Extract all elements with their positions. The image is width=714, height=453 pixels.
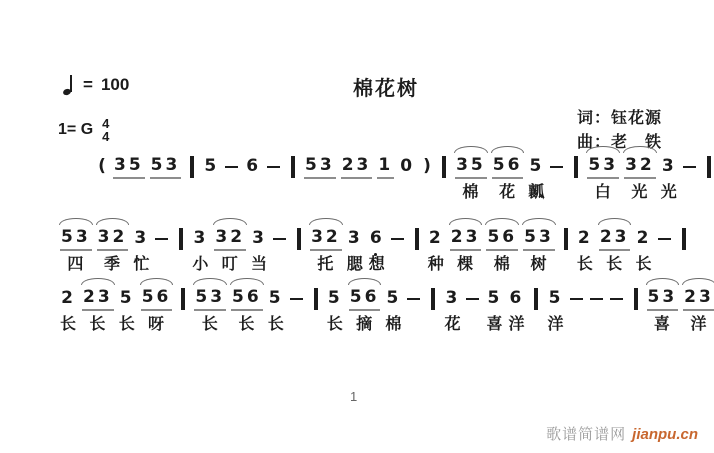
- tempo-equals: =: [83, 75, 93, 95]
- lyric-syllable: 花: [499, 183, 516, 203]
- lyric-syllable: 忙: [133, 255, 150, 275]
- barline: [175, 218, 187, 274]
- dash-duration-mark: [225, 146, 240, 203]
- lyric-syllable: 摘: [356, 315, 373, 335]
- lyric-syllable: 长: [119, 315, 136, 335]
- note-cell: 56花: [492, 146, 524, 203]
- note-cell: 3光: [661, 146, 678, 203]
- barline: [287, 146, 299, 202]
- lyric-syllable: 长: [60, 315, 77, 335]
- note-cell: 53长: [194, 278, 226, 335]
- slur-arc: [682, 278, 714, 285]
- slur-arc: [623, 146, 657, 153]
- note-cell: 3小: [192, 218, 209, 275]
- slur-arc: [140, 278, 174, 285]
- lyric-syllable: 想: [369, 255, 386, 275]
- tempo-value: 100: [101, 75, 129, 95]
- dash-duration-mark: [290, 278, 305, 335]
- note-cell: 3花: [444, 278, 461, 335]
- barline: [530, 278, 542, 334]
- lyric-syllable: 光: [661, 183, 678, 203]
- lyric-syllable: 长: [238, 315, 255, 335]
- dash-duration-mark: [610, 278, 625, 335]
- barline: [560, 218, 572, 274]
- barline: [703, 146, 714, 202]
- lyric-syllable: 洋: [508, 315, 525, 335]
- note-cell: 32光: [624, 146, 656, 203]
- note-cell: 6想: [369, 218, 386, 275]
- note-cell: 6: [245, 146, 262, 203]
- note-cell: 53树: [523, 218, 555, 275]
- slur-arc: [646, 278, 680, 285]
- note-cell: 35棉: [455, 146, 487, 203]
- lyric-syllable: 长: [268, 315, 285, 335]
- dash-duration-mark: [570, 278, 585, 335]
- note-cell: 2长: [60, 278, 77, 335]
- note-cell: 23: [341, 146, 373, 203]
- lyric-syllable: 长: [202, 315, 219, 335]
- lyric-syllable: 树: [530, 255, 547, 275]
- lyric-syllable: 长: [577, 255, 594, 275]
- note-cell: 5瓤: [528, 146, 545, 203]
- slur-arc: [348, 278, 382, 285]
- slur-arc: [230, 278, 264, 285]
- note-cell: 2长: [635, 218, 652, 275]
- barline: [293, 218, 305, 274]
- time-signature: 4 4: [102, 117, 109, 143]
- slur-arc: [193, 278, 227, 285]
- note-cell: 56呀: [141, 278, 173, 335]
- note-cell: 5长: [119, 278, 136, 335]
- watermark-site-name: 歌谱简谱网: [546, 423, 626, 444]
- dash-duration-mark: [683, 146, 698, 203]
- barline: [630, 278, 642, 334]
- note-cell: 3忙: [133, 218, 150, 275]
- note-cell: 32叮: [214, 218, 246, 275]
- dash-duration-mark: [407, 278, 422, 335]
- note-cell: 23长: [599, 218, 631, 275]
- note-cell: 5长: [268, 278, 285, 335]
- note-cell: 3腮: [347, 218, 364, 275]
- dash-duration-mark: [658, 218, 673, 275]
- note-cell: 23棵: [450, 218, 482, 275]
- lyric-syllable: 光: [631, 183, 648, 203]
- slur-arc: [309, 218, 343, 225]
- barline: [411, 218, 423, 274]
- lyric-syllable: 腮: [347, 255, 364, 275]
- lyric-syllable: 托: [317, 255, 334, 275]
- lyric-syllable: 长: [89, 315, 106, 335]
- score-parenthesis: ): [421, 146, 433, 203]
- dash-duration-mark: [391, 218, 406, 275]
- slur-arc: [96, 218, 130, 225]
- barline: [310, 278, 322, 334]
- slur-arc: [59, 218, 93, 225]
- lyricist-credit: 词：钰花源: [577, 105, 662, 128]
- quarter-note-icon: [63, 74, 75, 96]
- note-cell: 3当: [251, 218, 268, 275]
- lyric-syllable: 长: [327, 315, 344, 335]
- lyric-syllable: 洋: [547, 315, 564, 335]
- note-cell: 1: [377, 146, 394, 203]
- note-cell: 5长: [327, 278, 344, 335]
- slur-arc: [491, 146, 525, 153]
- lyric-syllable: 小: [192, 255, 209, 275]
- lyric-syllable: 四: [67, 255, 84, 275]
- score-parenthesis: (: [96, 146, 108, 203]
- dash-duration-mark: [590, 278, 605, 335]
- song-title: 棉花树: [353, 72, 419, 101]
- time-denominator: 4: [102, 130, 109, 143]
- barline: [186, 146, 198, 202]
- slur-arc: [454, 146, 488, 153]
- score-system-1: (355356532310)35棉56花5瓤53白32光3光5要5得35棉32花: [96, 146, 714, 203]
- dash-duration-mark: [273, 218, 288, 275]
- slur-arc: [485, 218, 519, 225]
- lyric-syllable: 瓤: [528, 183, 545, 203]
- note-cell: 35: [113, 146, 145, 203]
- note-cell: 23长: [82, 278, 114, 335]
- lyric-syllable: 棉: [494, 255, 511, 275]
- barline: [177, 278, 189, 334]
- lyric-syllable: 呀: [148, 315, 165, 335]
- key-signature: 1= G 4 4: [58, 117, 109, 143]
- dash-duration-mark: [155, 218, 170, 275]
- dash-duration-mark: [466, 278, 481, 335]
- note-cell: 53白: [587, 146, 619, 203]
- lyric-syllable: 长: [635, 255, 652, 275]
- note-cell: 2长: [577, 218, 594, 275]
- slur-arc: [598, 218, 632, 225]
- note-cell: 53: [150, 146, 182, 203]
- note-cell: 0: [399, 146, 416, 203]
- note-cell: 32季: [97, 218, 129, 275]
- dash-duration-mark: [550, 146, 565, 203]
- lyric-syllable: 叮: [222, 255, 239, 275]
- lyric-syllable: 季: [104, 255, 121, 275]
- lyric-syllable: 种: [428, 255, 445, 275]
- score-system-3: 2长23长5长56呀53长56长5长5长56摘5棉3花5喜6洋5洋53喜23洋1…: [60, 278, 714, 335]
- key-prefix: 1= G: [58, 121, 93, 139]
- barline: [438, 146, 450, 202]
- note-cell: 53四: [60, 218, 92, 275]
- note-cell: 6洋: [508, 278, 525, 335]
- barline: [570, 146, 582, 202]
- lyric-syllable: 长: [606, 255, 623, 275]
- lyric-syllable: 当: [251, 255, 268, 275]
- lyric-syllable: 白: [595, 183, 612, 203]
- slur-arc: [213, 218, 247, 225]
- note-cell: 53喜: [647, 278, 679, 335]
- note-cell: 56长: [231, 278, 263, 335]
- slur-arc: [449, 218, 483, 225]
- watermark-domain: jianpu.cn: [632, 426, 698, 443]
- slur-arc: [81, 278, 115, 285]
- note-cell: 5: [203, 146, 220, 203]
- note-cell: 23洋: [683, 278, 714, 335]
- note-cell: 32托: [310, 218, 342, 275]
- lyric-syllable: 花: [444, 315, 461, 335]
- note-cell: 56摘: [349, 278, 381, 335]
- tempo-marking: = 100: [63, 74, 129, 96]
- slur-arc: [586, 146, 620, 153]
- note-cell: 5洋: [547, 278, 564, 335]
- watermark: 歌谱简谱网 jianpu.cn: [546, 423, 698, 444]
- lyric-syllable: 棵: [457, 255, 474, 275]
- lyric-syllable: 洋: [691, 315, 708, 335]
- slur-arc: [522, 218, 556, 225]
- lyric-syllable: 喜: [654, 315, 671, 335]
- dash-duration-mark: [267, 146, 282, 203]
- note-cell: 53: [304, 146, 336, 203]
- barline: [427, 278, 439, 334]
- lyric-syllable: 棉: [462, 183, 479, 203]
- note-cell: 5棉: [385, 278, 402, 335]
- page-number: 1: [350, 389, 357, 404]
- score-system-2: 53四32季3忙3小32叮3当32托3腮6想2种23棵56棉53树2长23长2长: [60, 218, 690, 275]
- note-cell: 5喜: [486, 278, 503, 335]
- note-cell: 56棉: [486, 218, 518, 275]
- barline: [678, 218, 690, 274]
- note-cell: 2种: [428, 218, 445, 275]
- lyric-syllable: 喜: [486, 315, 503, 335]
- lyric-syllable: 棉: [385, 315, 402, 335]
